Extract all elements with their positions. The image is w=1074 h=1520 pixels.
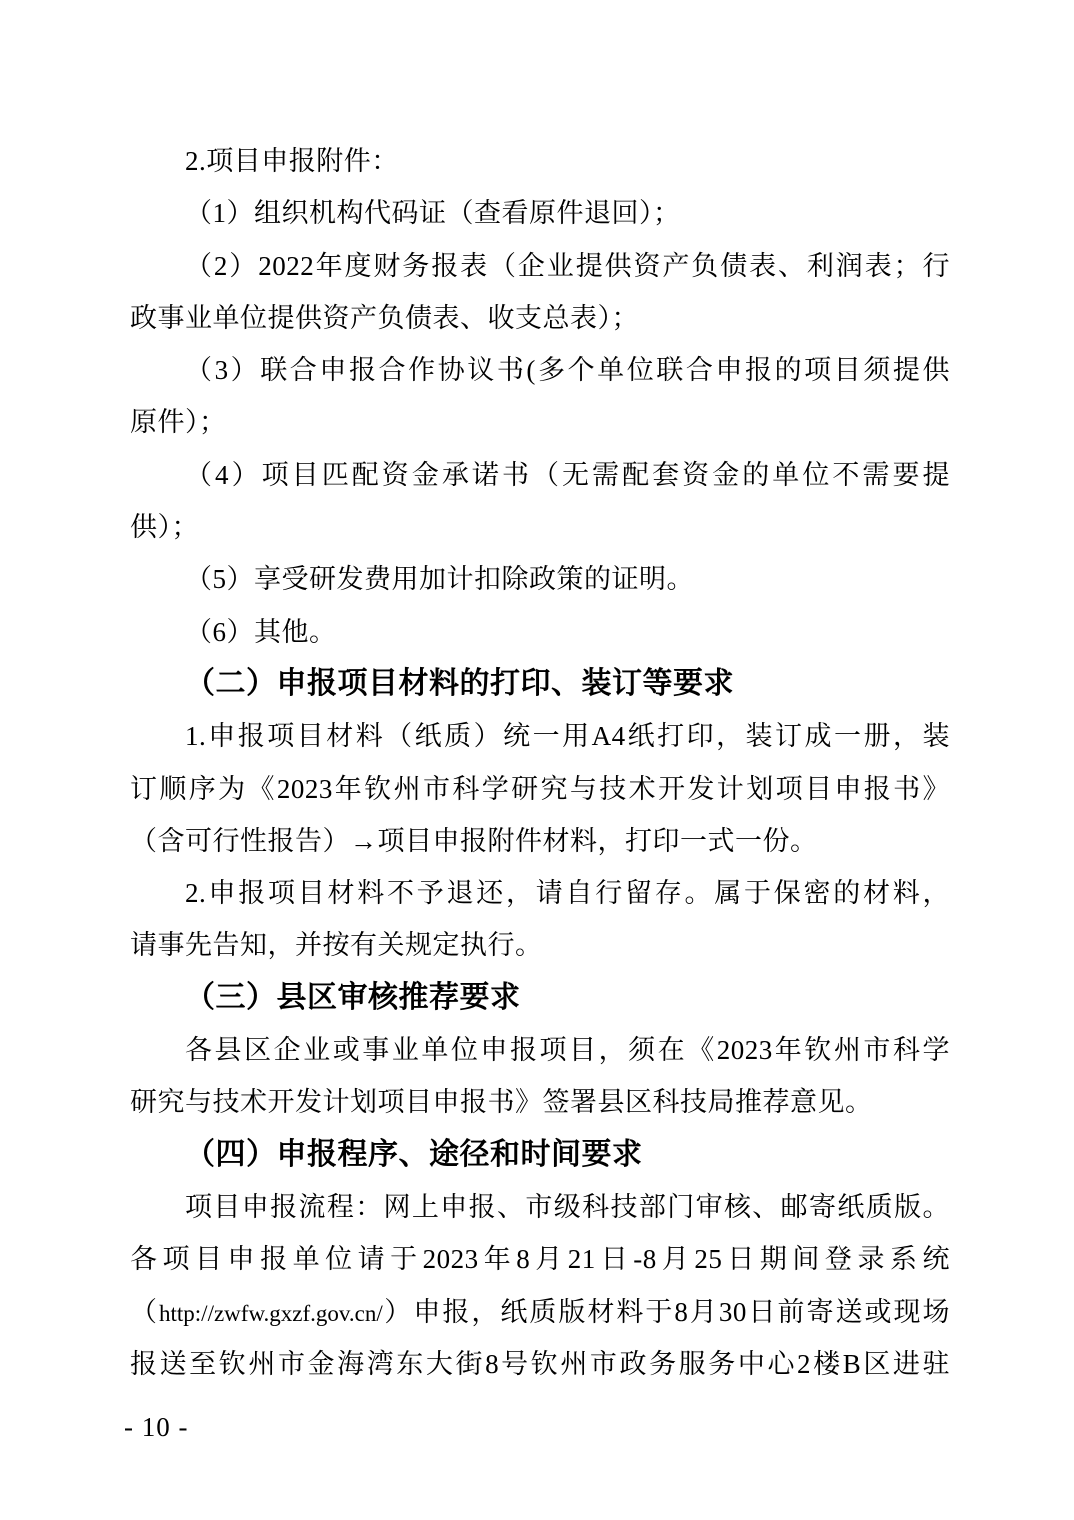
- document-page: 2.项目申报附件： （1）组织机构代码证（查看原件退回）； （2）2022年度财…: [0, 0, 1074, 1520]
- text-line: 研究与技术开发计划项目申报书》签署县区科技局推荐意见。: [130, 1076, 950, 1128]
- text-line: 1.申报项目材料（纸质）统一用A4纸打印，装订成一册，装: [130, 710, 950, 762]
- section-3-heading: （三）县区审核推荐要求: [130, 972, 950, 1024]
- text-line: 各项目申报单位请于2023年8月21日-8月25日期间登录系统: [130, 1233, 950, 1285]
- text-line: 2.申报项目材料不予退还，请自行留存。属于保密的材料，: [130, 867, 950, 919]
- text-line: （1）组织机构代码证（查看原件退回）；: [130, 187, 950, 239]
- page-number: - 10 -: [124, 1412, 188, 1442]
- url-text: http://zwfw.gxzf.gov.cn/: [159, 1301, 383, 1326]
- text-line: （含可行性报告）→项目申报附件材料，打印一式一份。: [130, 815, 950, 867]
- text-line: 订顺序为《2023年钦州市科学研究与技术开发计划项目申报书》: [130, 763, 950, 815]
- text-line: 供）；: [130, 501, 950, 553]
- text-line: 请事先告知，并按有关规定执行。: [130, 919, 950, 971]
- text-line: 原件）；: [130, 396, 950, 448]
- text-line: （5）享受研发费用加计扣除政策的证明。: [130, 553, 950, 605]
- text-line: 报送至钦州市金海湾东大街8号钦州市政务服务中心2楼B区进驻: [130, 1338, 950, 1390]
- text-line: （2）2022年度财务报表（企业提供资产负债表、利润表；行: [130, 240, 950, 292]
- text-line: 各县区企业或事业单位申报项目，须在《2023年钦州市科学: [130, 1024, 950, 1076]
- paren-open: （: [130, 1297, 159, 1327]
- text-line: （3）联合申报合作协议书(多个单位联合申报的项目须提供: [130, 344, 950, 396]
- document-body: 2.项目申报附件： （1）组织机构代码证（查看原件退回）； （2）2022年度财…: [130, 135, 950, 1390]
- text-line: （6）其他。: [130, 606, 950, 658]
- text-line: （4）项目匹配资金承诺书（无需配套资金的单位不需要提: [130, 449, 950, 501]
- text-line: 政事业单位提供资产负债表、收支总表）；: [130, 292, 950, 344]
- text-line: 2.项目申报附件：: [130, 135, 950, 187]
- text-line: 项目申报流程：网上申报、市级科技部门审核、邮寄纸质版。: [130, 1181, 950, 1233]
- text-line-with-url: （http://zwfw.gxzf.gov.cn/）申报，纸质版材料于8月30日…: [130, 1286, 950, 1338]
- section-2-heading: （二）申报项目材料的打印、装订等要求: [130, 658, 950, 710]
- section-4-heading: （四）申报程序、途径和时间要求: [130, 1129, 950, 1181]
- text-after-url: ）申报，纸质版材料于8月30日前寄送或现场: [383, 1297, 950, 1327]
